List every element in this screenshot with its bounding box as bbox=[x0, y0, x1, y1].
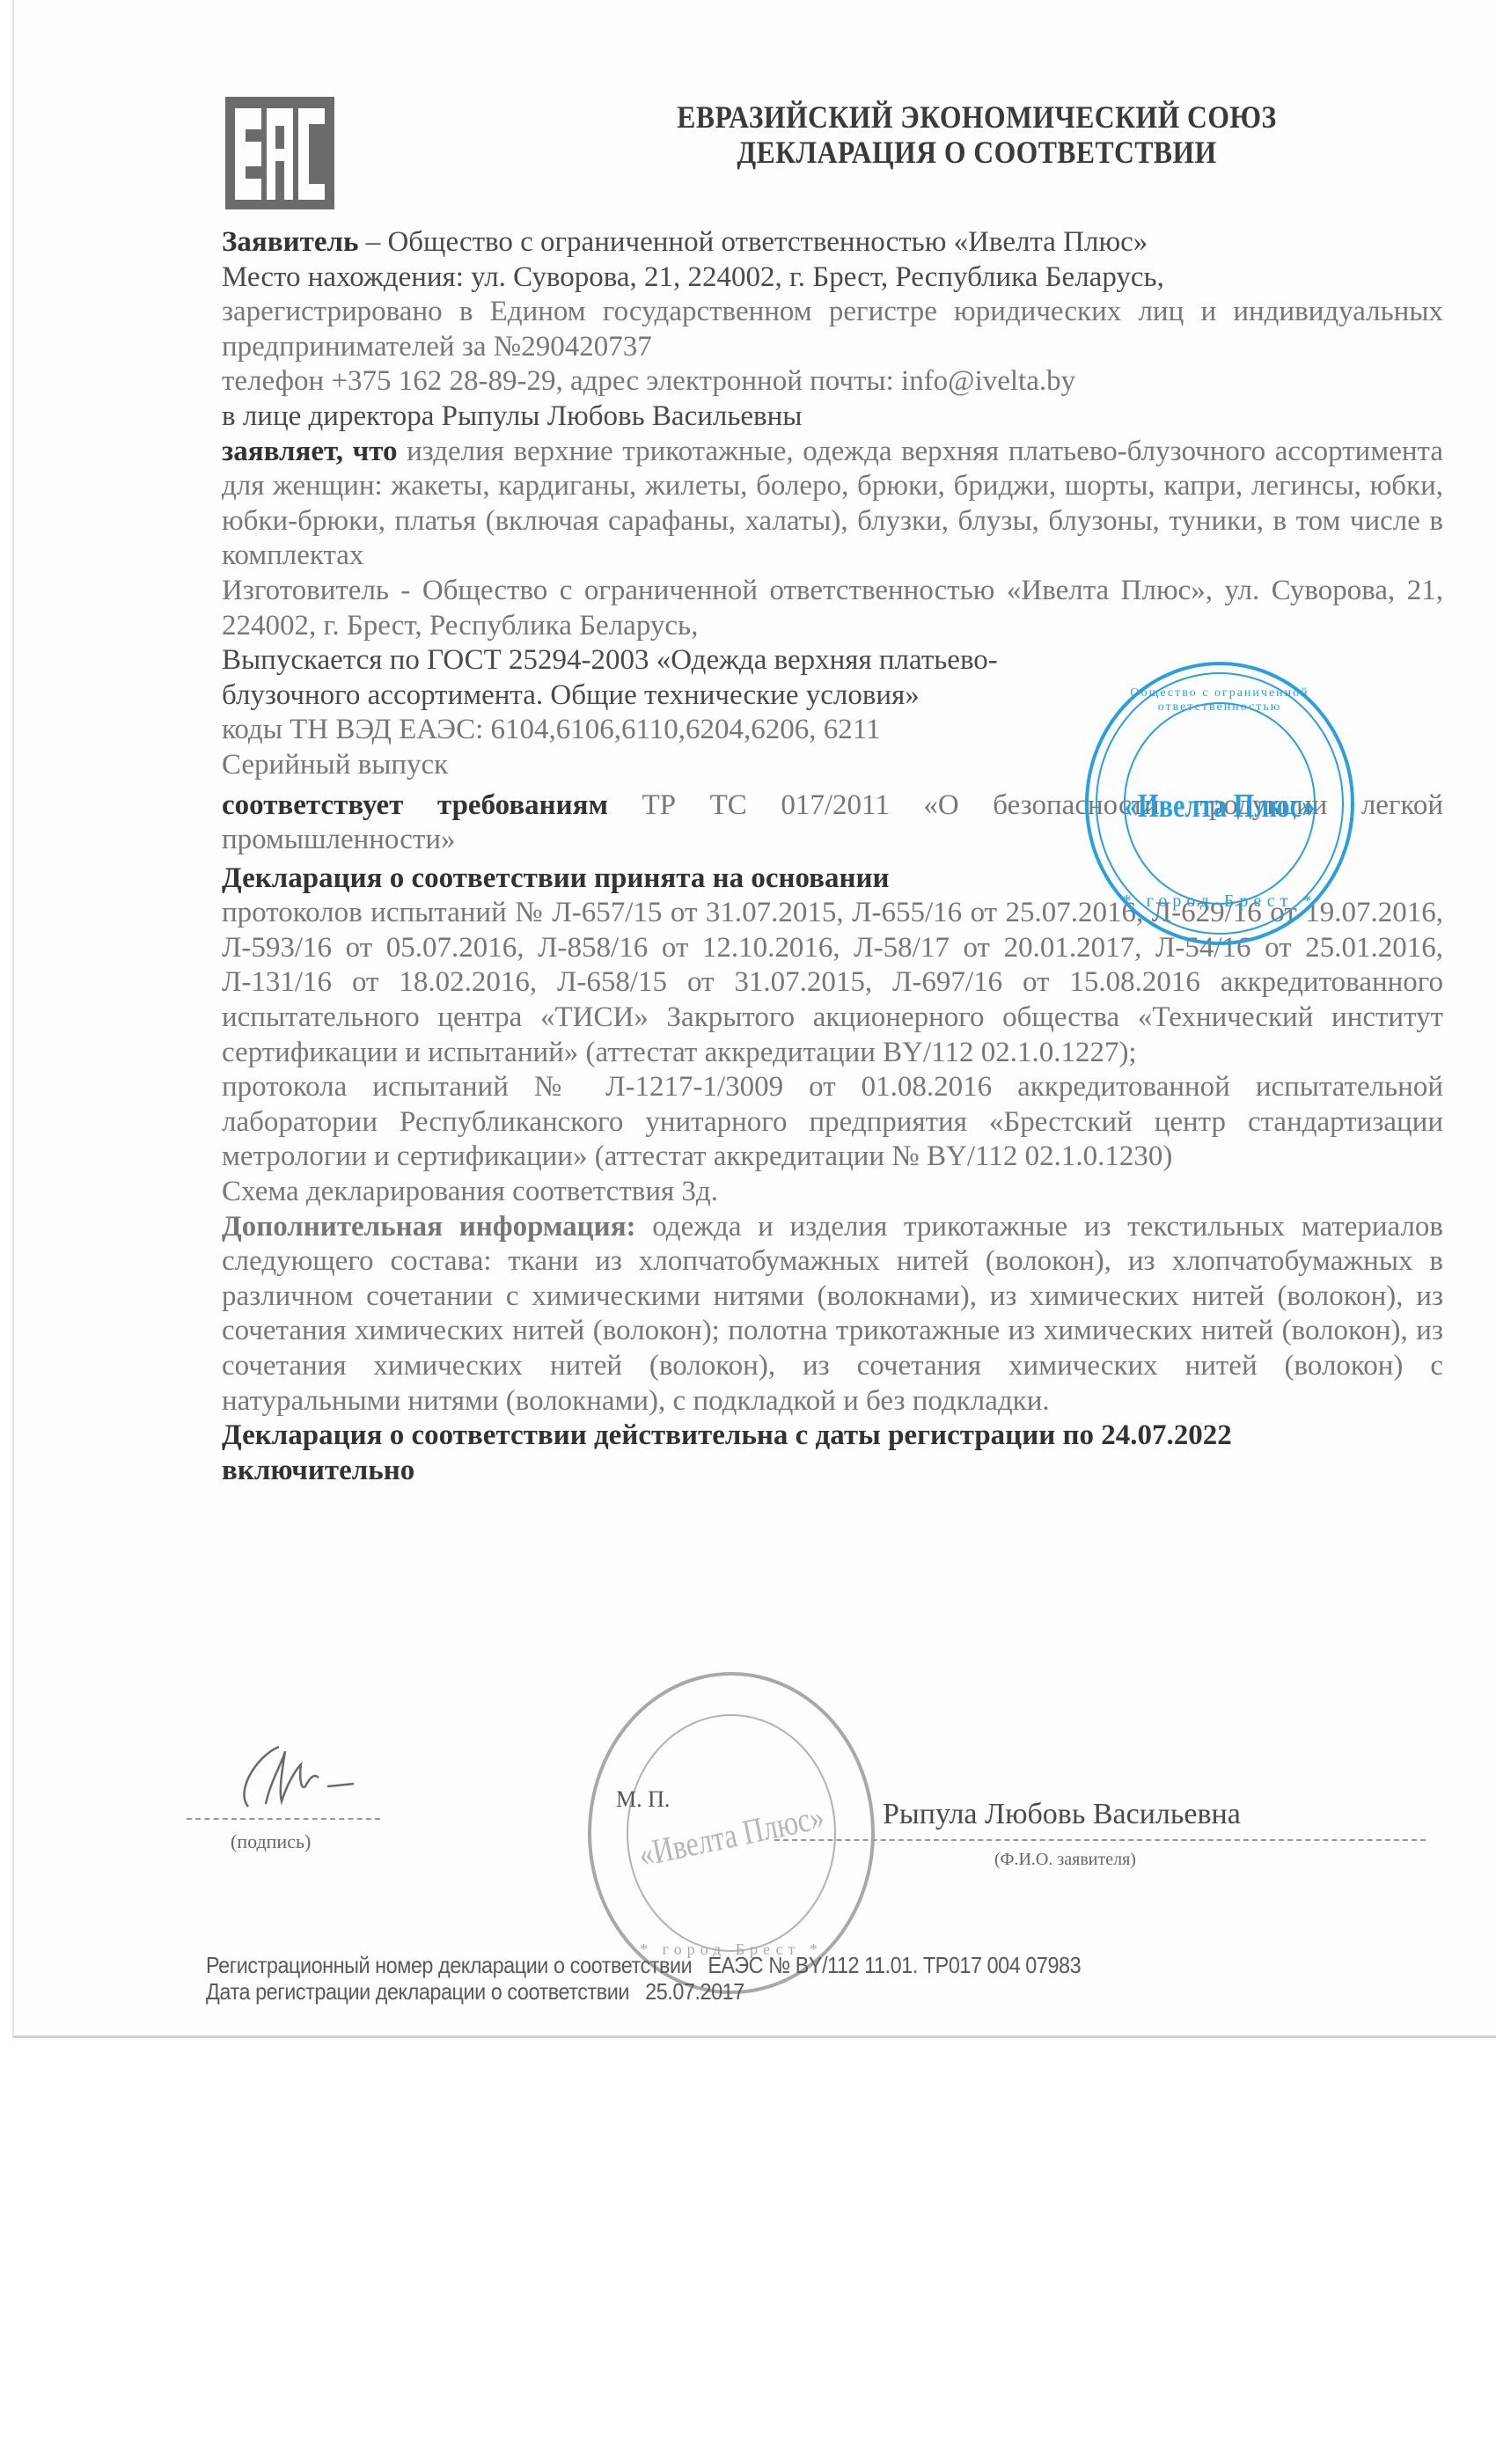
complies-label: соответствует требованиям bbox=[222, 789, 608, 821]
stamp-ring-text: Общество с ограниченной ответственностью bbox=[1089, 686, 1351, 715]
applicant-label: Заявитель bbox=[222, 226, 358, 258]
declares-label: заявляет, что bbox=[222, 436, 398, 467]
signer-caption: (Ф.И.О. заявителя) bbox=[994, 1850, 1136, 1870]
registration-date-line: Дата регистрации декларации о соответств… bbox=[206, 1978, 744, 2006]
basis-protocols-brest: протокола испытаний № Л-1217-1/3009 от 0… bbox=[222, 1070, 1443, 1175]
applicant-name: – Общество с ограниченной ответственност… bbox=[358, 226, 1148, 258]
validity-text: Декларация о соответствии действительна … bbox=[222, 1419, 1401, 1488]
applicant-contacts: телефон +375 162 28-89-29, адрес электро… bbox=[222, 364, 1443, 400]
registration-number: ЕАЭС № BY/112 11.01. ТР017 004 07983 bbox=[708, 1952, 1081, 1978]
signature-line bbox=[187, 1818, 380, 1820]
name-line bbox=[774, 1839, 1426, 1841]
manufacturer-text: Изготовитель - Общество с ограниченной о… bbox=[222, 574, 1443, 643]
registration-number-line: Регистрационный номер декларации о соотв… bbox=[206, 1952, 1081, 1979]
stamp-city-text: * город Брест * bbox=[1089, 891, 1351, 912]
stamp-center-text: «Ивелта Плюс» bbox=[1115, 787, 1324, 825]
products-text: изделия верхние трикотажные, одежда верх… bbox=[222, 436, 1443, 572]
applicant-line: Заявитель – Общество с ограниченной отве… bbox=[222, 225, 1443, 260]
signature-icon bbox=[231, 1738, 363, 1817]
seal-label: М. П. bbox=[616, 1786, 670, 1813]
applicant-address: Место нахождения: ул. Суворова, 21, 2240… bbox=[222, 260, 1443, 296]
declaration-scheme: Схема декларирования соответствия 3д. bbox=[222, 1175, 1443, 1210]
applicant-registration: зарегистрировано в Едином государственно… bbox=[222, 295, 1443, 364]
registration-number-label: Регистрационный номер декларации о соотв… bbox=[206, 1952, 692, 1978]
document-title-union: ЕВРАЗИЙСКИЙ ЭКОНОМИЧЕСКИЙ СОЮЗ bbox=[551, 99, 1403, 136]
document-title-declaration: ДЕКЛАРАЦИЯ О СООТВЕТСТВИИ bbox=[551, 134, 1403, 171]
company-stamp-gray: «Ивелта Плюс» * город Брест * bbox=[588, 1672, 875, 1994]
eac-logo-icon bbox=[225, 97, 334, 209]
signature-caption: (подпись) bbox=[231, 1830, 311, 1853]
standard-text: Выпускается по ГОСТ 25294-2003 «Одежда в… bbox=[222, 643, 1111, 713]
registration-date-label: Дата регистрации декларации о соответств… bbox=[206, 1978, 629, 2005]
additional-info-label: Дополнительная информация: bbox=[222, 1211, 636, 1243]
declaration-products: заявляет, что изделия верхние трикотажны… bbox=[222, 435, 1443, 574]
company-stamp-blue: Общество с ограниченной ответственностью… bbox=[1085, 662, 1354, 945]
registration-date: 25.07.2017 bbox=[645, 1978, 744, 2005]
additional-info: Дополнительная информация: одежда и изде… bbox=[222, 1210, 1443, 1419]
applicant-representative: в лице директора Рыпулы Любовь Васильевн… bbox=[222, 400, 1443, 435]
signer-name: Рыпула Любовь Васильевна bbox=[883, 1798, 1241, 1831]
